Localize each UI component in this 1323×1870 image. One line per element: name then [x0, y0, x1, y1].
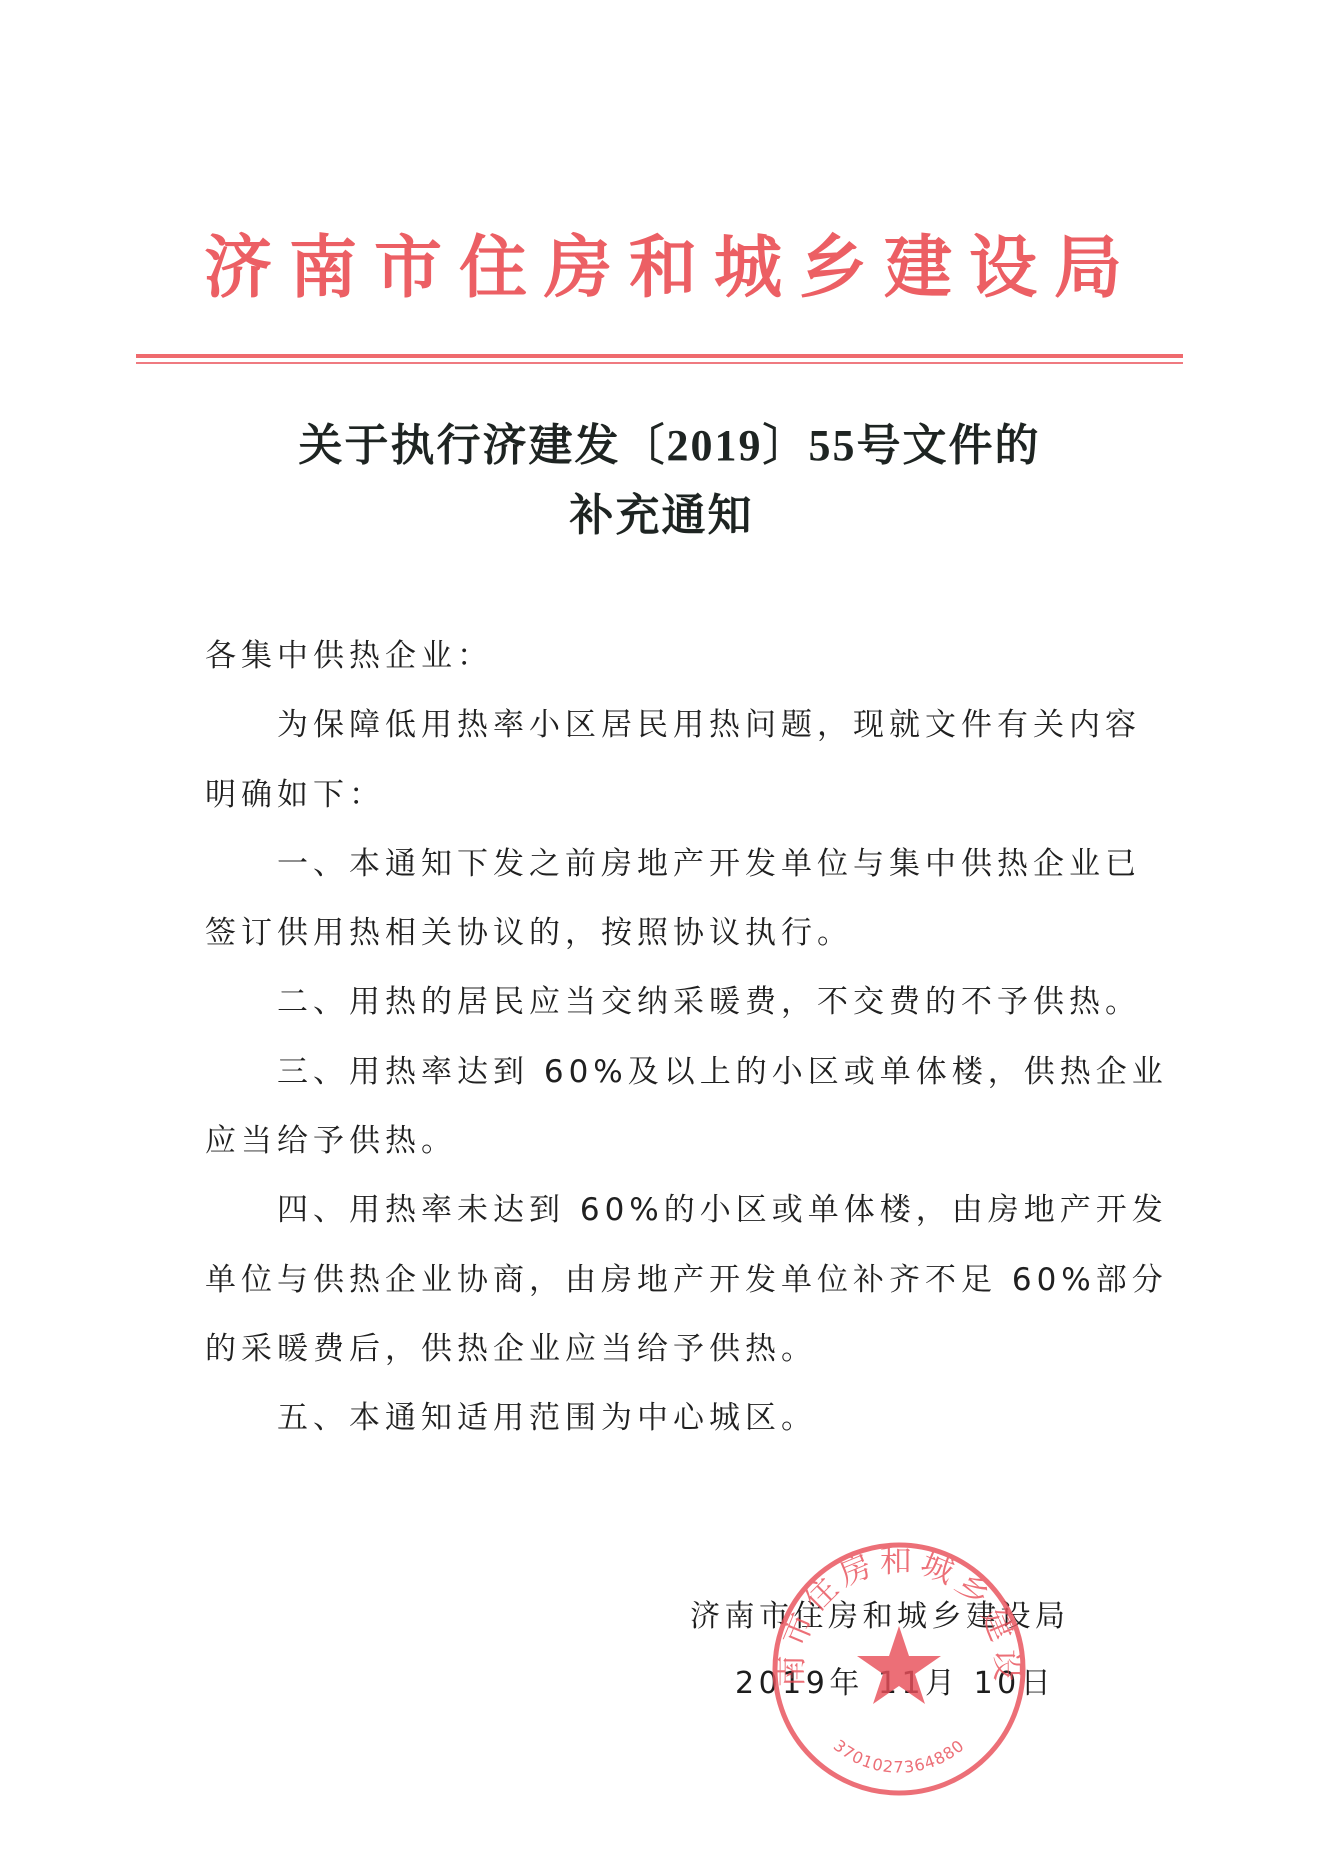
letterhead-rule-thin: [136, 362, 1183, 364]
seal-star-icon: [857, 1626, 941, 1704]
item-4-line: 四、用热率未达到 60%的小区或单体楼，由房地产开发: [205, 1176, 1165, 1245]
svg-text:3701027364880: 3701027364880: [830, 1736, 968, 1777]
item-5-line: 五、本通知适用范围为中心城区。: [205, 1384, 1165, 1453]
salutation: 各集中供热企业：: [205, 622, 1165, 691]
item-2-line: 二、用热的居民应当交纳采暖费，不交费的不予供热。: [205, 968, 1165, 1037]
document-title-line2: 补充通知: [0, 486, 1323, 546]
document-title-line1: 关于执行济建发〔2019〕55号文件的: [0, 416, 1323, 476]
intro-line: 为保障低用热率小区居民用热问题，现就文件有关内容: [205, 691, 1165, 760]
item-3-line: 三、用热率达到 60%及以上的小区或单体楼，供热企业: [205, 1038, 1165, 1107]
item-3-line: 应当给予供热。: [205, 1107, 1165, 1176]
letterhead-org-name: 济南市住房和城乡建设局: [204, 228, 1139, 308]
official-seal-icon: 济南市住房和城乡建设局 3701027364880: [768, 1538, 1030, 1800]
seal-code-text: 3701027364880: [830, 1736, 968, 1777]
intro-line: 明确如下：: [205, 761, 1165, 830]
item-4-line: 单位与供热企业协商，由房地产开发单位补齐不足 60%部分: [205, 1246, 1165, 1315]
letterhead-rule-thick: [136, 354, 1183, 358]
item-1-line: 签订供用热相关协议的，按照协议执行。: [205, 899, 1165, 968]
item-4-line: 的采暖费后，供热企业应当给予供热。: [205, 1315, 1165, 1384]
item-1-line: 一、本通知下发之前房地产开发单位与集中供热企业已: [205, 830, 1165, 899]
document-body: 各集中供热企业： 为保障低用热率小区居民用热问题，现就文件有关内容 明确如下： …: [205, 622, 1165, 1454]
